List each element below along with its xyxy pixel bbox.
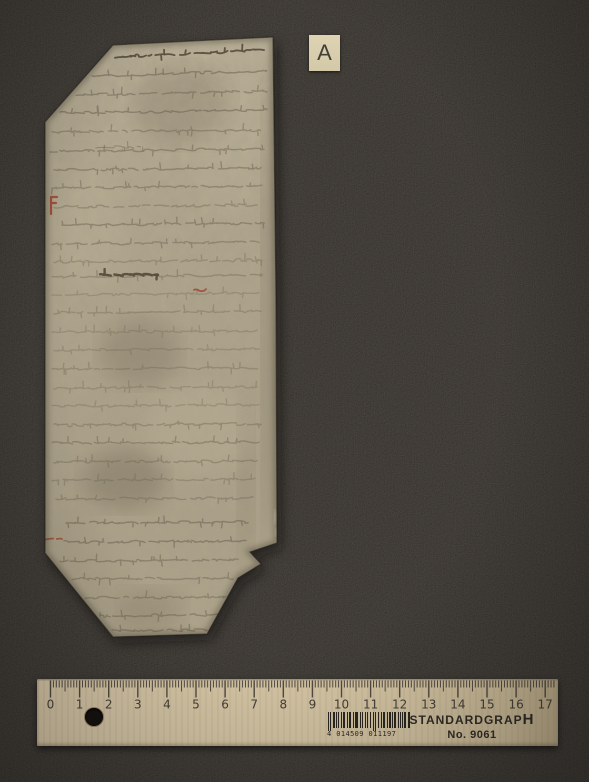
svg-text:6: 6 (221, 698, 229, 712)
svg-text:5: 5 (192, 698, 200, 712)
brand-name-last-letter: H (523, 711, 535, 728)
svg-text:13: 13 (421, 698, 436, 712)
svg-text:7: 7 (250, 698, 258, 712)
svg-text:15: 15 (479, 698, 494, 712)
svg-text:2: 2 (105, 698, 113, 712)
svg-text:12: 12 (392, 698, 407, 712)
svg-text:9: 9 (309, 698, 317, 712)
svg-text:8: 8 (279, 698, 287, 712)
svg-text:16: 16 (508, 698, 523, 712)
brand-name-main: STANDARDGRAP (410, 713, 523, 727)
ruler-hole (85, 708, 103, 726)
manuscript-fragment (0, 0, 320, 660)
brand-block: STANDARDGRAPH No. 9061 (392, 713, 552, 741)
specimen-label-letter: A (317, 40, 332, 66)
svg-text:3: 3 (134, 698, 142, 712)
svg-text:0: 0 (47, 698, 55, 712)
svg-text:17: 17 (538, 698, 553, 712)
svg-text:10: 10 (334, 698, 349, 712)
svg-text:1: 1 (76, 698, 84, 712)
svg-text:4: 4 (163, 698, 171, 712)
brand-name: STANDARDGRAPH (392, 713, 552, 727)
svg-text:14: 14 (450, 698, 465, 712)
specimen-label: A (309, 35, 340, 71)
photo-scene: A 01234567891011121314151617 4 014509 01… (0, 0, 589, 782)
model-number: No. 9061 (392, 729, 552, 741)
ruler: 01234567891011121314151617 4 014509 0111… (37, 679, 558, 746)
svg-text:11: 11 (363, 698, 378, 712)
